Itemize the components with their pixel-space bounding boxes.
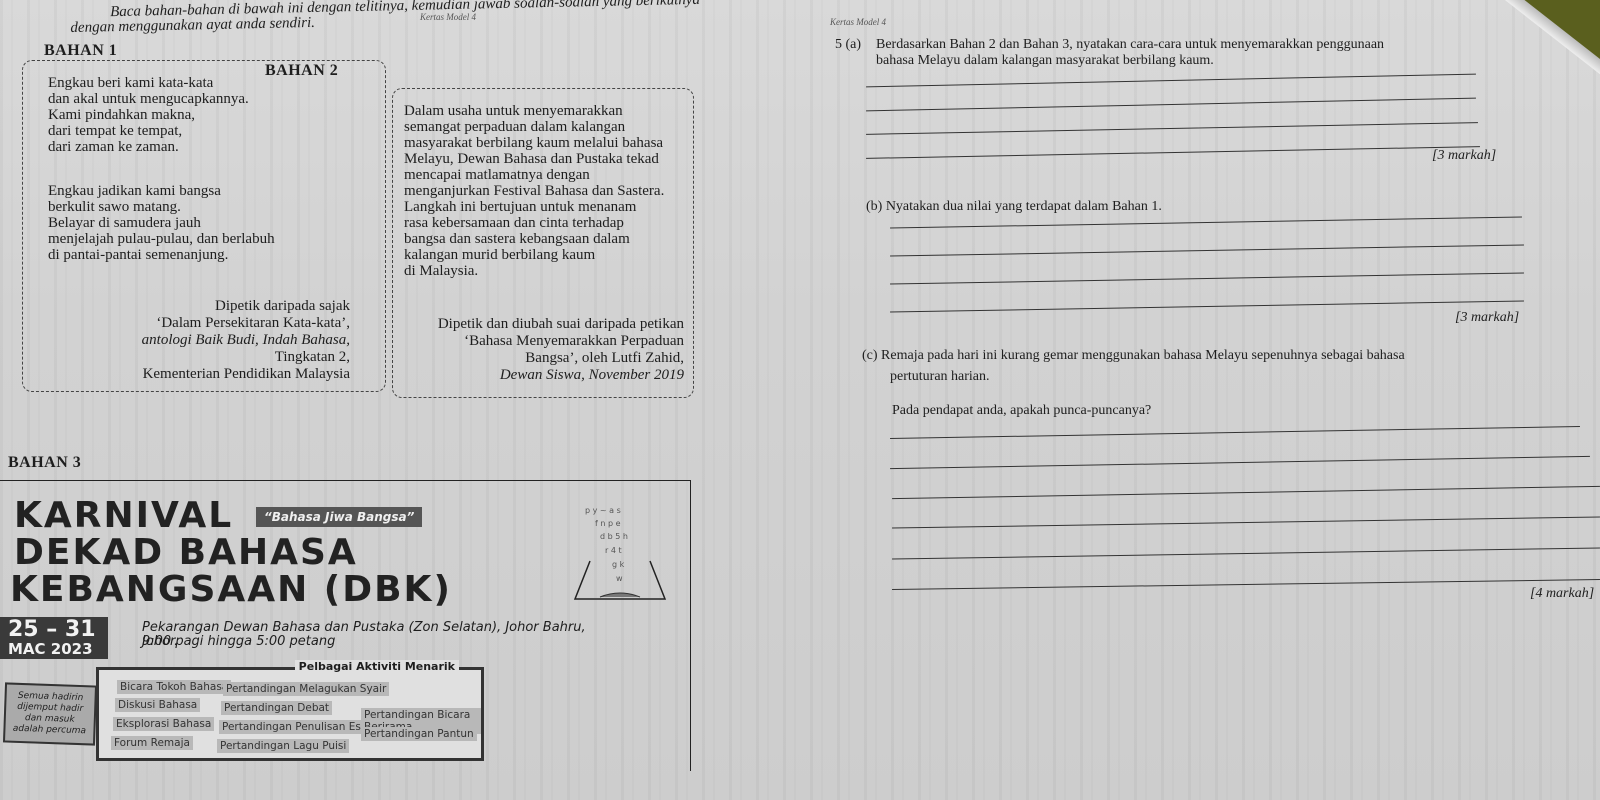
source-line: antologi Baik Budi, Indah Bahasa, xyxy=(80,332,350,349)
bahan2-source: Dipetik dan diubah suai daripada petikan… xyxy=(400,316,684,384)
passage-line: bangsa dan sastera kebangsaan dalam xyxy=(404,231,684,247)
q5a-marks: [3 markah] xyxy=(1432,148,1496,164)
bahan2-passage: Dalam usaha untuk menyemarakkan semangat… xyxy=(404,103,684,279)
activity-item: Pertandingan Lagu Puisi xyxy=(217,739,349,753)
poem-line: dari zaman ke zaman. xyxy=(48,139,249,155)
passage-line: Dalam usaha untuk menyemarakkan xyxy=(404,103,684,119)
activity-item: Bicara Tokoh Bahasa xyxy=(117,680,231,694)
source-line: Kementerian Pendidikan Malaysia xyxy=(80,366,350,383)
q5b-marks: [3 markah] xyxy=(1455,310,1519,326)
poster-title-line2: DEKAD BAHASA xyxy=(14,536,358,570)
poster-title-line3: KEBANGSAAN (DBK) xyxy=(10,573,452,607)
poem-line: menjelajah pulau-pulau, dan berlabuh xyxy=(48,231,275,247)
poster-title-line1: KARNIVAL xyxy=(14,499,233,533)
passage-line: rasa kebersamaan dan cinta terhadap xyxy=(404,215,684,231)
source-line: Dipetik daripada sajak xyxy=(80,298,350,315)
passage-line: di Malaysia. xyxy=(404,263,684,279)
q5c-marks: [4 markah] xyxy=(1530,586,1594,602)
q5c-text-line1: (c) Remaja pada hari ini kurang gemar me… xyxy=(862,347,1600,365)
poem-line: Engkau jadikan kami bangsa xyxy=(48,183,275,199)
passage-line: Melayu, Dewan Bahasa dan Pustaka tekad xyxy=(404,151,684,167)
karnival-poster: KARNIVAL “Bahasa Jiwa Bangsa” DEKAD BAHA… xyxy=(0,480,691,771)
passage-line: menganjurkan Festival Bahasa dan Sastera… xyxy=(404,183,684,199)
poem-line: berkulit sawo matang. xyxy=(48,199,275,215)
bahan1-source: Dipetik daripada sajak ‘Dalam Persekitar… xyxy=(80,298,350,383)
book-letters-illustration: p y ~ a sf n p e d b 5 hr 4 tg kw xyxy=(560,501,680,601)
q5a-text-line2: bahasa Melayu dalam kalangan masyarakat … xyxy=(876,52,1214,70)
activity-item: Forum Remaja xyxy=(111,736,193,750)
poster-date-month: MAC 2023 xyxy=(8,641,100,657)
source-line: Tingkatan 2, xyxy=(80,349,350,366)
passage-line: Langkah ini bertujuan untuk menanam xyxy=(404,199,684,215)
activities-title: Pelbagai Aktiviti Menarik xyxy=(295,660,459,673)
svg-text:f n p e: f n p e xyxy=(595,519,621,528)
poem-line: di pantai-pantai semenanjung. xyxy=(48,247,275,263)
activity-item: Pertandingan Melagukan Syair xyxy=(223,682,389,696)
activity-item: Diskusi Bahasa xyxy=(115,698,200,712)
bahan3-heading: BAHAN 3 xyxy=(8,454,81,472)
poem-line: Belayar di samudera jauh xyxy=(48,215,275,231)
activity-item: Pertandingan Debat xyxy=(221,701,332,715)
bahan1-heading: BAHAN 1 xyxy=(44,42,117,60)
poster-date-range: 25 – 31 xyxy=(8,619,100,641)
activity-item: Eksplorasi Bahasa xyxy=(113,717,214,731)
bahan2-heading: BAHAN 2 xyxy=(265,62,338,80)
poster-date: 25 – 31 MAC 2023 xyxy=(0,617,108,659)
source-line: ‘Dalam Persekitaran Kata-kata’, xyxy=(80,315,350,332)
passage-line: semangat perpaduan dalam kalangan xyxy=(404,119,684,135)
poem-line: Kami pindahkan makna, xyxy=(48,107,249,123)
poem-line: dan akal untuk mengucapkannya. xyxy=(48,91,249,107)
bahan1-stanza1: Engkau beri kami kata-kata dan akal untu… xyxy=(48,75,249,155)
source-line: Dewan Siswa, November 2019 xyxy=(400,367,684,384)
passage-line: mencapai matlamatnya dengan xyxy=(404,167,684,183)
q5b-text: (b) Nyatakan dua nilai yang terdapat dal… xyxy=(866,198,1162,216)
poem-line: dari tempat ke tempat, xyxy=(48,123,249,139)
activity-item: Pertandingan Pantun xyxy=(361,727,477,741)
source-line: Dipetik dan diubah suai daripada petikan xyxy=(400,316,684,333)
bahan1-stanza2: Engkau jadikan kami bangsa berkulit sawo… xyxy=(48,183,275,263)
activity-item: Pertandingan Penulisan Esei xyxy=(219,720,373,734)
poster-invite-note: Semua hadirin dijemput hadir dan masuk a… xyxy=(3,682,97,745)
svg-text:r 4 t: r 4 t xyxy=(605,546,622,555)
q5a-number: 5 (a) xyxy=(835,36,861,54)
activities-box: Pelbagai Aktiviti Menarik Bicara Tokoh B… xyxy=(96,667,484,761)
poster-time: 9:00 pagi hingga 5:00 petang xyxy=(142,635,335,649)
source-line: Bangsa’, oleh Lutfi Zahid, xyxy=(400,350,684,367)
poster-tagline: “Bahasa Jiwa Bangsa” xyxy=(256,507,422,527)
svg-text:d b 5 h: d b 5 h xyxy=(600,532,628,541)
passage-line: kalangan murid berbilang kaum xyxy=(404,247,684,263)
svg-text:p y ~ a s: p y ~ a s xyxy=(585,506,621,515)
svg-text:w: w xyxy=(616,574,623,583)
q5c-text-line2: pertuturan harian. xyxy=(890,368,990,386)
page-header-right: Kertas Model 4 xyxy=(830,17,886,27)
source-line: ‘Bahasa Menyemarakkan Perpaduan xyxy=(400,333,684,350)
svg-text:g k: g k xyxy=(612,560,625,569)
poem-line: Engkau beri kami kata-kata xyxy=(48,75,249,91)
passage-line: masyarakat berbilang kaum melalui bahasa xyxy=(404,135,684,151)
q5c-prompt: Pada pendapat anda, apakah punca-puncany… xyxy=(892,402,1151,420)
